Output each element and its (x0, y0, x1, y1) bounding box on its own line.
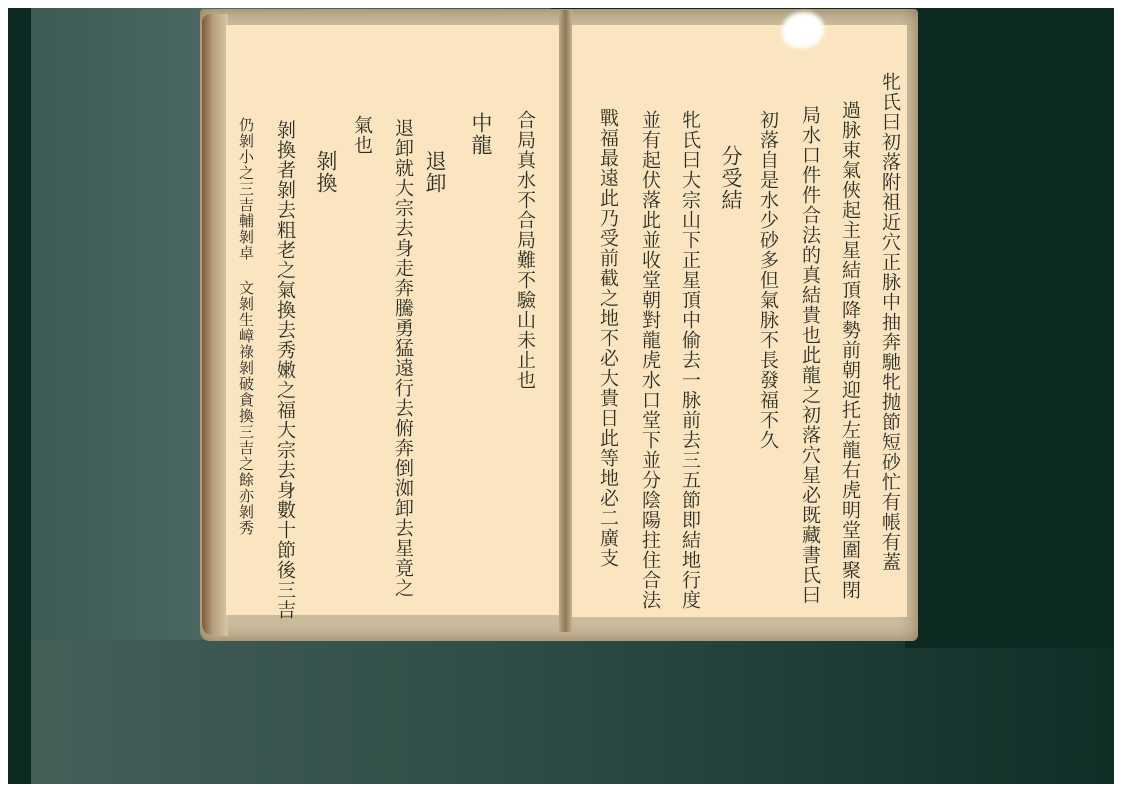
left-page-column-5: 仍剝小之三吉輔剝卓 文剝生嶂祿剝破貪換三吉之餘亦剝秀 (238, 117, 253, 536)
right-page-column-1: 牝氏曰初落附祖近穴正脉中抽奔馳牝抛節短砂忙有帳有蓋 (880, 72, 899, 572)
right-page-column-2: 過脉束氣俠起主星結頂降勢前朝迎托左龍右虎明堂圍聚閉 (840, 100, 859, 600)
book-spine-edge (202, 14, 228, 636)
left-page-column-4: 剝換者剝去粗老之氣換去秀嫩之福大宗去身數十節後三吉 (275, 120, 294, 620)
right-page-column-3: 局水口件件合法的真結貴也此龍之初落穴星必既藏書氏曰 (800, 105, 819, 605)
left-page-heading-zhong-long: 中龍 (470, 112, 491, 156)
left-page-heading-bo-huan: 剝換 (315, 150, 336, 194)
background-cloth-bottom (31, 640, 1114, 784)
left-page-column-2: 退卸就大宗去身走奔騰勇猛遠行去俯奔倒洳卸去星竟之 (393, 118, 412, 598)
right-page-column-7: 戰福最遠此乃受前截之地不必大貴日此等地必二廣支 (598, 108, 617, 568)
left-page-column-1: 合局真水不合局難不驗山未止也 (515, 110, 534, 390)
left-page-column-3: 氣也 (352, 115, 371, 155)
right-page-column-5: 牝氏曰大宗山下正星頂中偷去一脉前去三五節即結地行度 (680, 110, 699, 610)
scan-glare (782, 12, 824, 48)
right-page-heading-fen-shou-jie: 分受結 (720, 145, 741, 211)
right-page-column-4: 初落自是水少砂多但氣脉不長發福不久 (758, 110, 777, 450)
right-page-column-6: 並有起伏落此並收堂朝對龍虎水口堂下並分陰陽拄住合法 (640, 110, 659, 610)
background-cloth-right (905, 8, 1114, 648)
book-gutter (559, 10, 572, 632)
left-page-heading-tui-xie: 退卸 (424, 150, 445, 194)
